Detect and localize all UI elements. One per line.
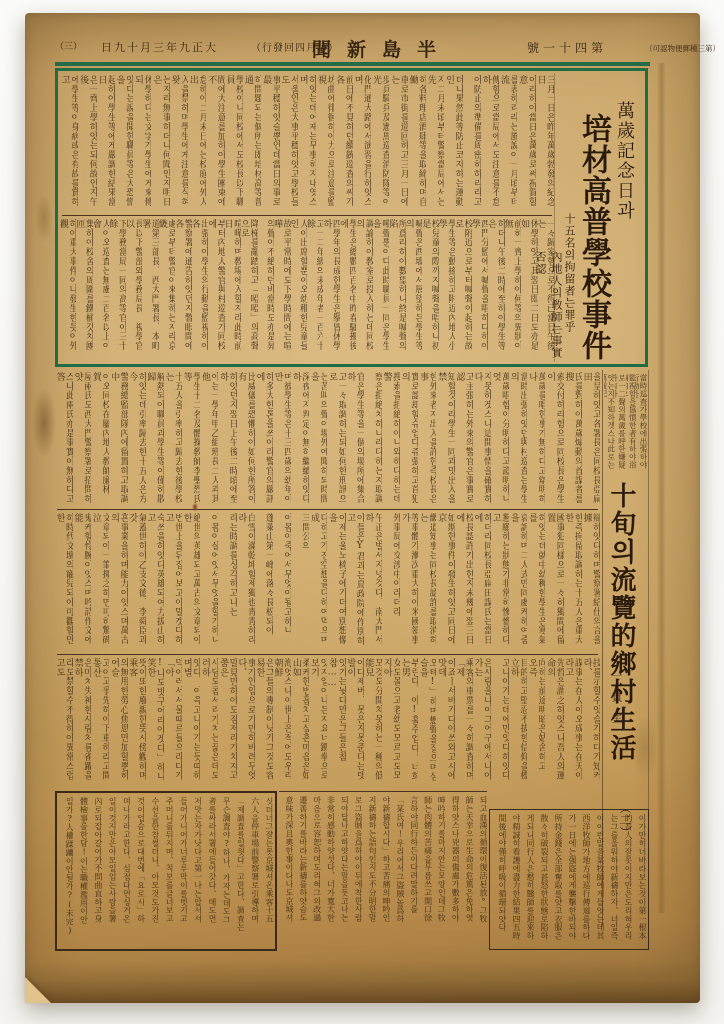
text-column: 야들은Y君과는鳥政院에作別하고 (346, 511, 364, 653)
text-column: 西門分監에서喊聲을唱하다하야學 (472, 217, 488, 358)
foxing-stain (31, 183, 57, 253)
text-column: 는그를울워하야新禱하자、너일즉 (604, 812, 618, 947)
text-column: 이죠ㅣ서바기다야쓰와고시에맛데 (436, 656, 454, 789)
main-headline: 培材高普學校事件 (571, 113, 615, 361)
text-column: 들어가니어가너루루막이를벗기고 (173, 795, 187, 947)
subheadline-2: 內地人의敎師는事實否認 (532, 251, 564, 362)
text-column: 六人을停車場前警察署로引導하며 (244, 795, 258, 947)
main-article-band-1: 三月一日은昨年萬歲勃發의紀念日이라하야當日은萬歲로써祝賀할意를表하리라는風說이一… (60, 73, 554, 214)
text-column: 은사람을나이그어구에서나아가는 (473, 656, 491, 789)
text-column: 鬼케할怜腕이잇스며吟詩作文에能 (73, 511, 91, 653)
text-column: 文章되야一筆揮之하면可히驚碑泣 (91, 511, 109, 653)
text-column: 當時出張하얏던與村巡査는學生의 (509, 370, 527, 508)
text-column: 사담도콤서리가치는끎은데도러하 (200, 656, 218, 789)
band-divider-rule (57, 509, 598, 510)
text-column: 얏는지不知하겟스나此로는萬歲記 (604, 372, 615, 474)
text-column: 야精誠히看護에盡力한結果四五時 (506, 812, 520, 947)
text-column: 學生은總數四百名中昨春騷擾後에 (340, 217, 356, 358)
text-column: 「제調査를일읫다」고한다、調査는 (230, 795, 244, 947)
text-column: 監視함을協憤한者有하야浴稽的으 (626, 372, 637, 474)
text-column: 하얏는데引率歸去한十五人은方今 (128, 370, 146, 508)
text-column: 學生等은動搖하고附近內地人小學 (439, 217, 455, 358)
text-column: 屋兩氏도西大門警察署로招問하얏 (73, 370, 91, 508)
text-column: 고나아가는데에만잇다하얏다 (491, 656, 509, 789)
text-column: 이오同校在屬內地人敎師廉林、賀 (91, 370, 109, 508)
text-column: 얏다는說을聞한職員等은大恐慌을 (115, 73, 133, 214)
text-column: 當時巡査가學校에出張하야行動을 (636, 372, 647, 474)
text-column: 下學務當局一同의高等官이三十餘 (109, 217, 125, 358)
text-column: 이라하야當日은萬歲로써祝賀할意 (517, 73, 535, 214)
text-column: 하더라同校長亞扁田謀氏는當日에 (473, 511, 491, 653)
text-column: 前히一齊上學하야何等의異狀이無 (505, 217, 521, 358)
text-column: 散々히破裂되고甚怒한狀態로陷하 (534, 812, 548, 947)
text-column: 하더니午後二時에至하야學生等은 (488, 217, 504, 358)
text-column: 을呈하얏고各署長은同校長亞扁田 (582, 370, 600, 508)
issue-number: 號一十四第 (527, 39, 607, 56)
text-column: 三問公의 (291, 511, 309, 653)
text-column: 이다제버、못은지못준다는뎃발이 (346, 656, 364, 789)
text-band-a: 을呈하얏고各署長은同校長亞扁田氏를對하야萬歲煽動의首謀者를搜索交付하라함으로同校… (55, 370, 600, 508)
band-divider-rule (57, 654, 598, 655)
text-column: 如斯한事件이發生하얏고同日에京 (436, 511, 454, 653)
text-column: 坊曲에徘徊하야力으로注意를監視 (316, 73, 334, 214)
text-column: 는苦叫의聲이場外에聞하되時間을 (309, 370, 327, 508)
text-column: 이몸이살어잇서무엇을할가하니 (200, 511, 218, 653)
text-column: 懇願하는狀態가非常히慘憺하다고 (491, 511, 509, 653)
text-column: 謀事는在人이오成事는在天이라고 (564, 656, 582, 789)
text-column: 絶世의英雄되고萬古의文章되야한 (182, 511, 200, 653)
text-column: 지못하겟스나這間事情을確實하다 (473, 370, 491, 508)
text-column: 間後에야僅히呼吸이循環되얏다 (492, 812, 506, 947)
text-column: 警務總監部隊內에留置하고取調中 (109, 370, 127, 508)
text-column: 四學年의長成한學生은擧皆休學하 (323, 217, 339, 358)
text-column: 前日에不見하던續銃巡査의씨가各 (334, 73, 352, 214)
text-column: 주머니를뒤지며、칙보를글너보고 (159, 795, 173, 947)
text-column: 이제는울노椅子에기더여別想像을 (327, 511, 345, 653)
text-column: 고一二年級의未成年者一百六十餘 (307, 217, 323, 358)
text-column: 고主張하는外來의警官은事實로認 (455, 370, 473, 508)
text-column: 索交付하라함으로同校長은學生이 (545, 370, 563, 508)
text-column: 畿道知事는同校長認許를取消하는 (418, 511, 436, 653)
text-column: 故로平常時에도下學時間에는喧嘩 (274, 217, 290, 358)
text-column: 降梯를亂踏하고「啞啞」의高聲으로 (241, 217, 257, 358)
text-column: 海엇스나이世上은적어도우리朝鮮 (273, 656, 291, 789)
text-column: 警察署에通告하얏던지瞥眼間에各 (175, 217, 191, 358)
text-column: 得하얏스나兇器의傷處가數多하야 (445, 794, 459, 951)
text-column: 며彼學生等은十三四歲의幼年이만 (273, 370, 291, 508)
text-column: 야新禱합시다」하고苦痛의呻吟인 (376, 794, 390, 951)
bottom-band: 싯더너그쟐는못京城셔온乘客十五六人을停車場前警察署로引導하며「제調査를일읫다」고… (55, 791, 649, 951)
text-column: 숙쓰을하얏다英雄되여力拔山하고 (146, 511, 164, 653)
text-column: 先哲은謂之하얏스니吾人의運命의 (545, 656, 563, 789)
bottom-middle-band: 되고血漢의循環이復活된放°그牧師는天幸으로生命의危篤은免하엿得하얏스나兇器의傷處… (279, 794, 487, 951)
text-column: 일이것지만은아모일업는사람을署 (102, 795, 116, 947)
text-column: 히問題되는個所는即培材高等普通 (243, 73, 261, 214)
text-column: 事平穩하얏슬뿐인데當日의事로最 (261, 73, 279, 214)
text-column: 傳함으로當局에서도注意를不怠하 (481, 73, 499, 214)
text-column: 車로市街를巡回하고三月一日에는 (389, 73, 407, 214)
text-column: 氏를對하야萬歲煽動의首謀者를搜 (564, 370, 582, 508)
text-column: 搜索을拒絶하야니와하다하는데警 (382, 370, 400, 508)
page-bottom-edge (25, 961, 700, 1003)
text-column: 에學生等이身病或은有故를賞하고 (60, 73, 78, 214)
text-column: 싯더너그쟐는못京城셔온乘客十五 (259, 795, 273, 947)
text-column: 얏다、이윽고나아가는듯따하며별 (182, 656, 200, 789)
main-article-band-2: 一々歸家함으로不得已當日午後는休學하얏고其翌日即二日도亦是如前히一齊上學하야何等… (60, 217, 554, 358)
text-column: 蓬萊山第一峰에落々長松되야 (255, 511, 273, 653)
text-column: 三月一日은昨年萬歲勃發의紀念日 (536, 73, 554, 214)
article-end-columns: 싯더너그쟐는못京城셔온乘客十五六人을停車場前警察署로引導하며「제調査를일읫다」고… (59, 795, 273, 947)
text-column: 뜻이또한廢親한뜻시傍觀하며乘客 (128, 656, 146, 789)
text-column: 國事犯同樣으로一々히獨間에留置 (545, 511, 563, 653)
masthead-row: （三） 日九十月三年九正大 （行發回四月毎） 聞新島半 號一十四第 （可認物便郵… (39, 37, 686, 61)
text-column: 十五人을引率하고歸去한後學校는 (164, 370, 182, 508)
text-column: 라는時調를싱각하고나는 (218, 511, 236, 653)
text-column: 은一齊上學하얏는되何故인지午後 (78, 73, 96, 214)
text-column: 잇지일이나든지요너鐵拳으로보기 (309, 656, 327, 789)
text-column: 이몸이죽어서무엇이될고하니 (273, 511, 291, 653)
publication-date: 日九十月三年九正大 (101, 39, 218, 55)
text-column: 者를싸라서署에들어갓다、매도먼 (202, 795, 216, 947)
text-column: 的吾人의잘못이지만은도리혀우리 (618, 812, 632, 947)
text-column: 부터內地人警官與村巡査가同校에 (208, 217, 224, 358)
middle-columns-area: 을呈하얏고各署長은同校長亞扁田氏를對하야萬歲煽動의首謀者를搜索交付하라함으로同校… (55, 370, 600, 789)
text-column: 랴도禁할수不得하야異常스럽고도 (55, 656, 73, 789)
text-column: 學生十二名及體操敎師李聖烈氏等 (182, 370, 200, 508)
text-column: 意味가深且奧한事이다나도京城셔 (279, 794, 293, 951)
text-column: 集하야校舍의周圍를鐵桶갓치團匝 (76, 217, 92, 358)
text-column: 解熱되야職員과學生等이僅히散歸 (146, 370, 164, 508)
text-column: 로그盜賊을爲하야이뒤에착한사람 (348, 794, 362, 951)
text-column: 야는一學年甲乙組班長二人과其他 (200, 370, 218, 508)
text-column: 深夜에지判定이無히繼續하얏다하 (291, 370, 309, 508)
text-column: 實로認却할슈업다쥬張하고首犯의 (400, 370, 418, 508)
text-column: 萬歲唱함이分明하다고證明하니엇 (491, 370, 509, 508)
paper-crease (657, 63, 666, 913)
text-column: 하얏던지翌日上午後二時頃에至하 (218, 370, 236, 508)
text-column: 嘩聲뿐이다此時職員一同은學生을 (373, 217, 389, 358)
text-column: 比威儀를恐懼하야如何한所答이有 (237, 370, 255, 508)
text-column: 事가안임으로가만히바려두엇다、 (237, 656, 255, 789)
main-article-box: 三月一日은昨年萬歲勃發의紀念日이라하야當日은萬歲로써祝賀할意를表하리라는風說이一… (55, 68, 648, 367)
text-column: 서울안은大事平穩하얏고學校들도 (280, 73, 298, 214)
text-column: 부린다、아!홀수업다。너희는男 (400, 656, 418, 789)
main-headline-block: 萬歲記念日과 培材高普學校事件 十五名의拘留者는罪乎 內地人의敎師는事實否認 (554, 73, 643, 362)
text-column: 잇기는뉫다만은그들은참참…… (327, 656, 345, 789)
band-divider-rule (62, 215, 552, 216)
article-tail-columns: 當時巡査가學校에出張하야行動을監視함을協憤한者有하야浴稽的으로一二聲의萬歲를呼한… (604, 372, 647, 474)
bottom-middle-columns: 되고血漢의循環이復活된放°그牧師는天幸으로生命의危篤은免하엿得하얏스나兇器의傷處… (279, 791, 487, 951)
text-column: 喊聲은西墻에서展望하든學生等의 (406, 217, 422, 358)
text-column: 哀訴하며二人式만同處케하여줌을 (509, 511, 527, 653)
text-column: 한즉拘留取調하는十五人은重大한 (564, 511, 582, 653)
text-column: 은그들의專制이닛가그것도容易한 (255, 656, 273, 789)
text-column: 「某氏여!우리어서그盜賊놈爲하 (390, 794, 404, 951)
text-column: 師는肉體의苦痛을무릅쓰고開口徐 (418, 794, 432, 951)
article-end-box: 싯더너그쟐는못京城셔온乘客十五六人을停車場前警察署로引導하며「제調査를일읫다」고… (55, 791, 277, 951)
masthead-divider-rule (55, 62, 650, 66)
text-column: 向하는前途明暗은姑舍하고、오즉 (527, 656, 545, 789)
text-column: 知할것이라學生一同과밋出入을禁 (436, 370, 454, 508)
text-band-b: 辯하얏다하며警察署給仕의言을據한즉拘留取調하는十五人은重大한國事犯同樣으로一々히… (55, 511, 600, 653)
text-column: 하얏는데어제는무事히지내엿스며 (298, 73, 316, 214)
text-column: 呻吟하기를마지안는모양인데그牧 (432, 794, 446, 951)
text-column: 外事局에交涉中이라더라 (382, 511, 400, 653)
text-column: 고이고爭先하야下車하랴고間통산 (91, 656, 109, 789)
text-column: 處로부터警官이來集하는지라京畿 (159, 217, 175, 358)
text-column: 수선을한참썰더니、아모것도가진 (145, 795, 159, 947)
text-column: 女도몰으고老幼도모르고도모지아 (382, 656, 400, 789)
byline: 一貫生 (608, 670, 624, 733)
text-column: 道第三部長、西大門署長、本町署 (142, 217, 158, 358)
text-column: 校長認許가出한지未幾에翌三日에 (455, 511, 473, 653)
text-column: 起하야學生等에게嚴調한結果當日 (97, 73, 115, 214)
text-column: 되야달나고하얏다는말을듯고나는 (335, 794, 349, 951)
text-column: 體檢事를한담!이는職權濫用이안 (73, 795, 87, 947)
ink-stain (27, 373, 61, 473)
text-column: 이가만히너바라보는것이第一根本 (632, 812, 646, 947)
text-column: 乘客의車票를一々히調査하며「제 (455, 656, 473, 789)
text-column: 校附近으로부터喊聲이起하는故로 (455, 217, 471, 358)
photo-background: （三） 日九十月三年九正大 （行發回四月毎） 聞新島半 號一十四第 （可認物便郵… (0, 0, 724, 1024)
text-column: 西洋牧師가地方에巡行傳道를하다 (576, 812, 590, 947)
text-column: 이이런말을某牧師에게들엇는데其 (590, 812, 604, 947)
text-column: 步兵騎兵及憲馬巡査消防隊等이光 (371, 73, 389, 214)
text-column: 것이업슴으로대번에「요로시」하 (130, 795, 144, 947)
text-column: 學校이니同校에서도校長以下職員 (225, 73, 243, 214)
text-column: 한外來者지出入을許한즉校長은事 (418, 370, 436, 508)
text-column: 言하야同行하든이다려말하기를 (404, 794, 418, 951)
text-column: 의無用한勞心焦思만加할뿐히어슬 (109, 656, 127, 789)
text-column: 怠하야二月末日에는校庭에外人出 (188, 73, 206, 214)
text-column: 調諭하야敎室로投入하는데同校의 (356, 217, 372, 358)
text-column: 校兒童의際까지喊聲을唱하니初是 (422, 217, 438, 358)
text-column: 非常히感動하얏섯다、너가寬大한 (321, 794, 335, 951)
text-column: 官은學生等을一個의場所에集合하 (346, 370, 364, 508)
serial-article-columns: 이가만히너바라보는것이第一根本的吾人의잘못이지만은도리혀우리는그를울워하야新禱하… (492, 812, 646, 947)
text-column: 히各料理店酒肆等을取締하며自働 (408, 73, 426, 214)
text-column: 化門通大路에서演習을行하얏스며 (353, 73, 371, 214)
text-column: 目的하고堅忍不拔한信仰을標立하 (509, 656, 527, 789)
text-column: 무슨調査야?하나、가자는데도그 (216, 795, 230, 947)
text-column: 察은拒絶치하니라다하는지取調 (364, 370, 382, 508)
text-column: 午正은벌서지넛것다、南大門서하 (364, 511, 382, 653)
text-column: 히時代文壇의寵兒되야可觀할만한 (55, 511, 73, 653)
text-column: 흔事業을하며能力이잇스며萬古의 (109, 511, 127, 653)
text-column: 지二月末頃부터警察當局에서는先 (426, 73, 444, 214)
text-column: 內로되잡아갈어가不問曲直하고身 (88, 795, 102, 947)
newspaper-page: （三） 日九十月三年九正大 （行發回四月毎） 聞新島半 號一十四第 （可認物便郵… (25, 13, 700, 1003)
text-column: 氣蓋世하야乙支文德、李舜臣과갓 (128, 511, 146, 653)
text-column: 말見만하야도짐저리가치지고쭘은 (218, 656, 236, 789)
corner-fold (25, 977, 51, 1003)
serial-article-box: 이가만히너바라보는것이第一根本的吾人의잘못이지만은도리혀우리는그를울워하야新禱하… (489, 809, 649, 950)
text-column: 의聲이不絶하던바當時도亦是昇 (258, 217, 274, 358)
text-band-c: 技를示할수잇슬가하다가知커라、謀事는在人이오成事는在天이라고先哲은謂之하얏스니吾… (55, 656, 600, 789)
text-column: 人이出席할뿐이오幼稚한兒童들인 (291, 217, 307, 358)
text-column: 하야重大事件이나發生한듯이外觀 (60, 217, 76, 358)
text-column: 은마치失神한사람처름雀躍을禁하 (73, 656, 91, 789)
text-column: 하얏는데就中幼穉한學生은寒氣를 (527, 511, 545, 653)
text-column: 일가?人權蹂躪이안될가?(未完) (59, 795, 73, 947)
text-column: 되고血漢의循環이復活된放°그牧 (473, 794, 487, 951)
text-column: 所持金錢은全部奪取를얏고衣服은 (548, 812, 562, 947)
red-spot-stain (191, 501, 199, 513)
text-column: 入을禁하며學生에게注意를식혀왓 (170, 73, 188, 214)
text-column: 萬歲를唱한事가無하다고辯明하나 (527, 370, 545, 508)
text-column: 等事體가漸次重大하야米國領事가 (400, 511, 418, 653)
text-column: 柔케한번흡치고싶흔마음은如山如 (291, 656, 309, 789)
text-column: 所爲라하야數望하니終是喊聲의陷 (389, 217, 405, 358)
text-column: !나도밧구어라야겟다」하니笑한 (146, 656, 164, 789)
text-column: 遷善하기를바라는新禱를하얏슴도 (293, 794, 307, 951)
text-column: 지新禱하는語句인지도不分明한말 (362, 794, 376, 951)
text-column: 白雪이滿乾坤할제獨也靑靑하리라 (237, 511, 255, 653)
text-column: 야防止의準備를周密히하리라고 (463, 73, 481, 214)
text-column: 로一二聲의萬歲를呼한嫌疑가有하 (615, 372, 626, 474)
text-column: 더니果然此等防止코자하는運動인 (444, 73, 462, 214)
postal-approval-note: （可認物便郵種三第） (645, 43, 720, 54)
text-column: 를表하리라는風說이一月頃부터流 (499, 73, 517, 214)
text-column: 고一々取調하는되如何한刑訊으로 (327, 370, 345, 508)
text-column: 는지라無事하더니何聞인지明日은 (151, 73, 169, 214)
text-column: 오톄!」하며懋聲을질으며심슬을 (418, 656, 436, 789)
text-column: 喧嘩하며敎場에入할지라此時前日 (225, 217, 241, 358)
text-column: 마음으로容恕하며도리혀그의改過 (307, 794, 321, 951)
main-article-body: 三月一日은昨年萬歲勃發의紀念日이라하야當日은萬歲로써祝賀할意를表하리라는風說이一… (60, 73, 554, 362)
text-column: 저맛는자가낫다고第一나는압서서 (187, 795, 201, 947)
page-number: （三） (55, 39, 82, 52)
text-column: 다하고가진空想을다하여먹으며成 (309, 511, 327, 653)
text-column: 休學하다는文字가學生에게來傳되 (133, 73, 151, 214)
text-column: 게되니同行人은慭히醫師를迎來하 (520, 812, 534, 947)
newspaper-title: 聞新島半 (277, 35, 487, 62)
text-column: 모것도分間치못하는一種의低能兒 (364, 656, 382, 789)
text-column: 가一日에는强盜에게襲擊한바되야 (562, 812, 576, 947)
text-column: 間에大注意를加하야學生團束에不 (206, 73, 224, 214)
text-column: 辯하얏다하며警察署給仕의言을據 (582, 511, 600, 653)
text-column: 人이오巡査는無慮二百名以上이會 (93, 217, 109, 358)
text-column: 번世上을뒤집어보고야말겟다하고 (164, 511, 182, 653)
text-column: 며나가라고한다、심접다먼싱거온 (116, 795, 130, 947)
text-column: 技를示할수잇슬가하다가知커라、 (582, 656, 600, 789)
text-column: 長以下警部와學務局長、視學官以 (126, 217, 142, 358)
text-column: 하多大한톤을쓰이라警官의嚴訊에 (255, 370, 273, 508)
text-column: 덕이러서서물때르들으라다가「아 (164, 656, 182, 789)
text-column: 師는天幸으로生命의危篤은免하엿 (459, 794, 473, 951)
text-column: 出張하야學生의行動을監視하야各 (192, 217, 208, 358)
